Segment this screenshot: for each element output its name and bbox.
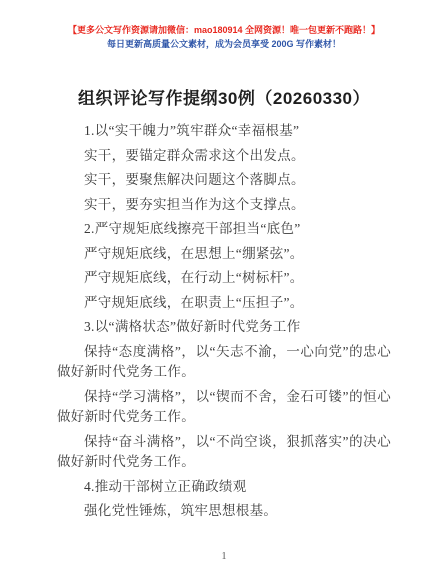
page-title: 组织评论写作提纲30例（20260330） (0, 84, 448, 109)
paragraph: 保持“奋斗满格”，以“不尚空谈，狠抓落实”的决心做好新时代党务工作。 (57, 432, 391, 473)
paragraph: 2.严守规矩底线擦亮干部担当“底色” (57, 219, 391, 240)
promo-line-1: 【更多公文写作资源请加微信：mao180914 全网资源！唯一包更新不跑路！】 (0, 23, 448, 37)
paragraph: 4.推动干部树立正确政绩观 (57, 477, 391, 498)
paragraph: 3.以“满格状态”做好新时代党务工作 (57, 317, 391, 338)
paragraph: 保持“学习满格”，以“锲而不舍，金石可镂”的恒心做好新时代党务工作。 (57, 387, 391, 428)
paragraph: 1.以“实干魄力”筑牢群众“幸福根基” (57, 121, 391, 142)
paragraph: 实干，要锚定群众需求这个出发点。 (57, 146, 391, 167)
paragraph: 严守规矩底线，在行动上“树标杆”。 (57, 268, 391, 289)
paragraph: 严守规矩底线，在思想上“绷紧弦”。 (57, 244, 391, 265)
paragraph: 严守规矩底线，在职责上“压担子”。 (57, 293, 391, 314)
paragraph: 强化党性锤炼，筑牢思想根基。 (57, 501, 391, 522)
document-page: 【更多公文写作资源请加微信：mao180914 全网资源！唯一包更新不跑路！】 … (0, 0, 448, 580)
promo-header: 【更多公文写作资源请加微信：mao180914 全网资源！唯一包更新不跑路！】 … (0, 0, 448, 51)
promo-line-2: 每日更新高质量公文素材，成为会员享受 200G 写作素材！ (0, 37, 448, 51)
page-number: 1 (0, 551, 448, 562)
paragraph: 实干，要夯实担当作为这个支撑点。 (57, 195, 391, 216)
paragraph: 保持“态度满格”，以“矢志不渝，一心向党”的忠心做好新时代党务工作。 (57, 342, 391, 383)
document-body: 1.以“实干魄力”筑牢群众“幸福根基”实干，要锚定群众需求这个出发点。实干，要聚… (57, 121, 391, 522)
paragraph: 实干，要聚焦解决问题这个落脚点。 (57, 170, 391, 191)
